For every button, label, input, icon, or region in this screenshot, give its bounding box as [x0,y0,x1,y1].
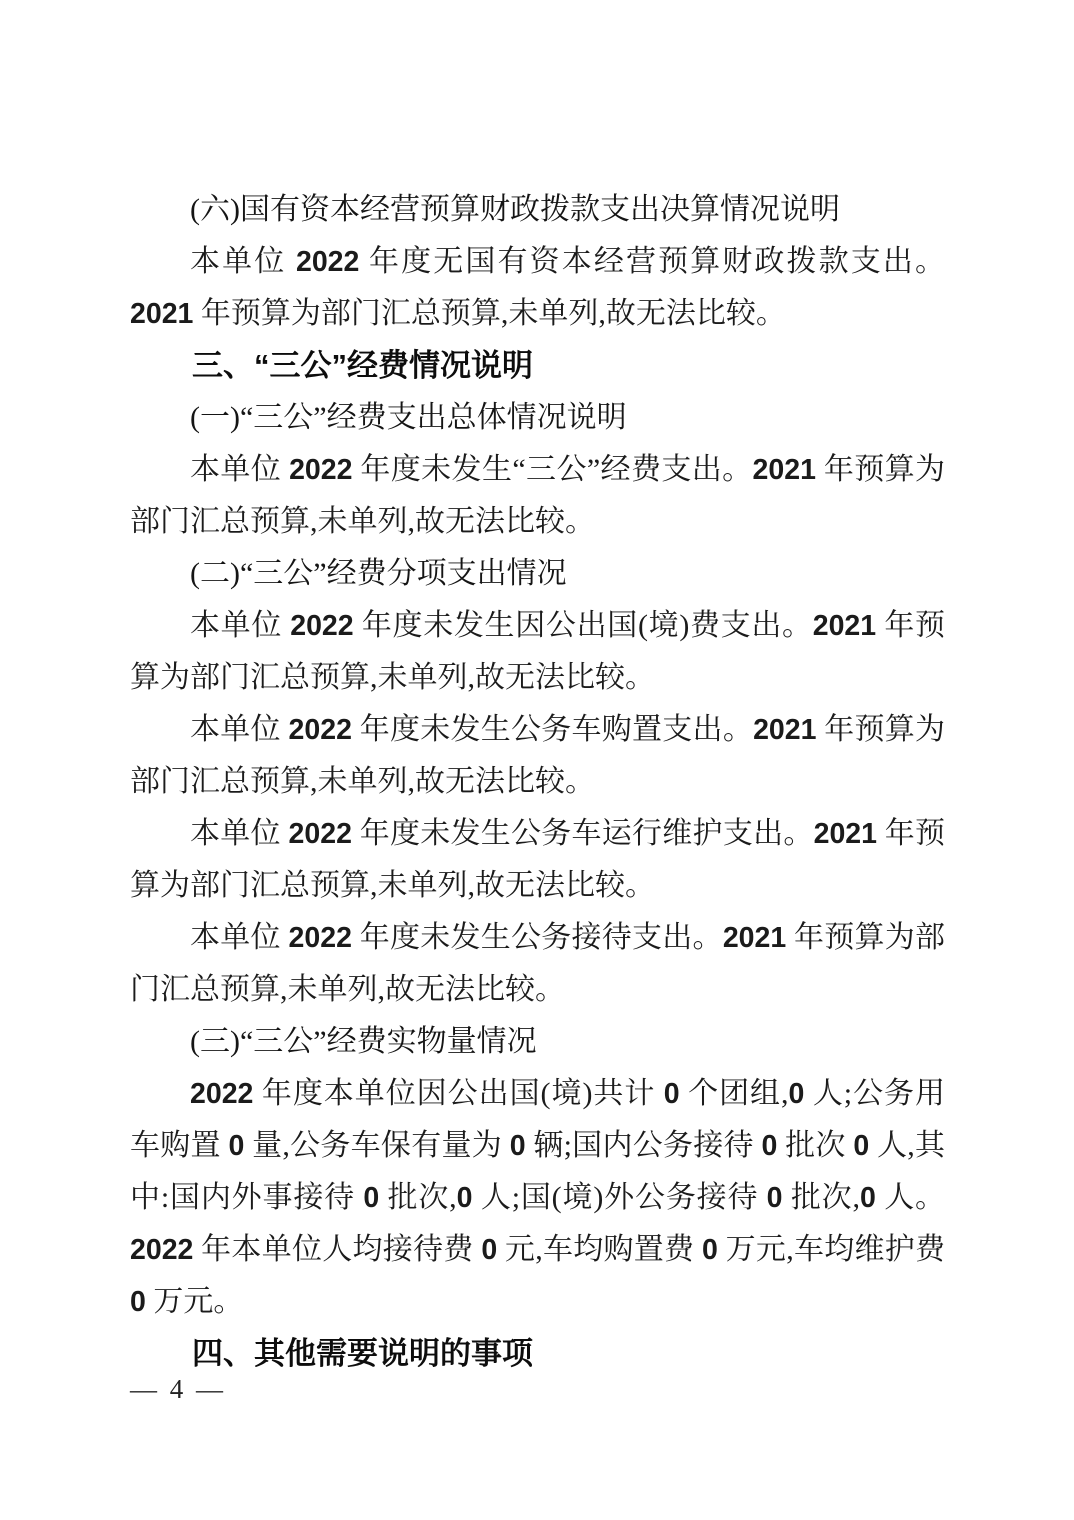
heading-3-physical-quantity: (三)“三公”经费实物量情况 [130,1016,945,1068]
paragraph-state-capital-budget: 本单位 2022 年度无国有资本经营预算财政拨款支出。2021 年预算为部门汇总… [130,236,945,340]
page-number: — 4 — [130,1374,226,1405]
document-body: (六)国有资本经营预算财政拨款支出决算情况说明 本单位 2022 年度无国有资本… [130,184,945,1380]
heading-1-overall-expenditure: (一)“三公”经费支出总体情况说明 [130,392,945,444]
heading-6-state-capital-budget-expenditure: (六)国有资本经营预算财政拨款支出决算情况说明 [130,184,945,236]
paragraph-overall-expenditure: 本单位 2022 年度未发生“三公”经费支出。2021 年预算为部门汇总预算,未… [130,444,945,548]
heading-2-itemized-expenditure: (二)“三公”经费分项支出情况 [130,548,945,600]
paragraph-official-reception: 本单位 2022 年度未发生公务接待支出。2021 年预算为部门汇总预算,未单列… [130,912,945,1016]
document-page: (六)国有资本经营预算财政拨款支出决算情况说明 本单位 2022 年度无国有资本… [0,0,1074,1520]
heading-section-three-public-funds: 三、“三公”经费情况说明 [130,340,945,392]
paragraph-overseas-trips: 本单位 2022 年度未发生因公出国(境)费支出。2021 年预算为部门汇总预算… [130,600,945,704]
paragraph-vehicle-maintenance: 本单位 2022 年度未发生公务车运行维护支出。2021 年预算为部门汇总预算,… [130,808,945,912]
heading-section-four-other-matters: 四、其他需要说明的事项 [130,1328,945,1380]
paragraph-physical-quantity: 2022 年度本单位因公出国(境)共计 0 个团组,0 人;公务用车购置 0 量… [130,1068,945,1328]
paragraph-vehicle-purchase: 本单位 2022 年度未发生公务车购置支出。2021 年预算为部门汇总预算,未单… [130,704,945,808]
